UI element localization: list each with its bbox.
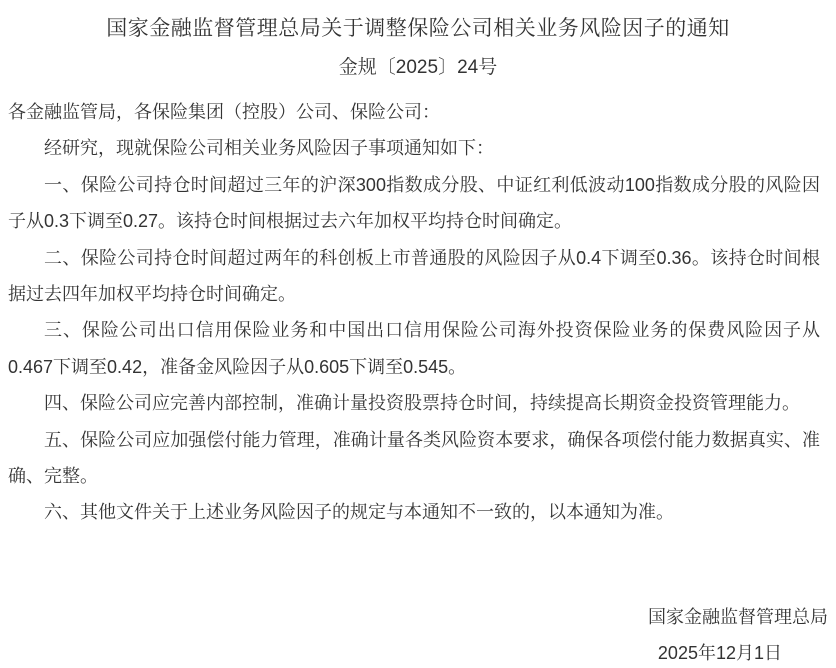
- salutation: 各金融监管局，各保险集团（控股）公司、保险公司：: [8, 94, 820, 130]
- issuer-signature: 国家金融监督管理总局: [0, 599, 836, 635]
- intro-line: 经研究，现就保险公司相关业务风险因子事项通知如下：: [8, 130, 820, 166]
- clause-2: 二、保险公司持仓时间超过两年的科创板上市普通股的风险因子从0.4下调至0.36。…: [8, 240, 820, 313]
- document-number: 金规〔2025〕24号: [0, 53, 836, 83]
- clause-1: 一、保险公司持仓时间超过三年的沪深300指数成分股、中证红利低波动100指数成分…: [8, 167, 820, 240]
- document-title: 国家金融监督管理总局关于调整保险公司相关业务风险因子的通知: [0, 0, 836, 44]
- clause-5: 五、保险公司应加强偿付能力管理，准确计量各类风险资本要求，确保各项偿付能力数据真…: [8, 422, 820, 495]
- clause-3: 三、保险公司出口信用保险业务和中国出口信用保险公司海外投资保险业务的保费风险因子…: [8, 312, 820, 385]
- clause-4: 四、保险公司应完善内部控制，准确计量投资股票持仓时间，持续提高长期资金投资管理能…: [8, 385, 820, 421]
- clause-6: 六、其他文件关于上述业务风险因子的规定与本通知不一致的，以本通知为准。: [8, 494, 820, 530]
- document-body: 各金融监管局，各保险集团（控股）公司、保险公司： 经研究，现就保险公司相关业务风…: [0, 94, 836, 531]
- issue-date: 2025年12月1日: [0, 635, 836, 668]
- signature-block: 国家金融监督管理总局 2025年12月1日: [0, 599, 836, 668]
- document-page: 国家金融监督管理总局关于调整保险公司相关业务风险因子的通知 金规〔2025〕24…: [0, 0, 836, 668]
